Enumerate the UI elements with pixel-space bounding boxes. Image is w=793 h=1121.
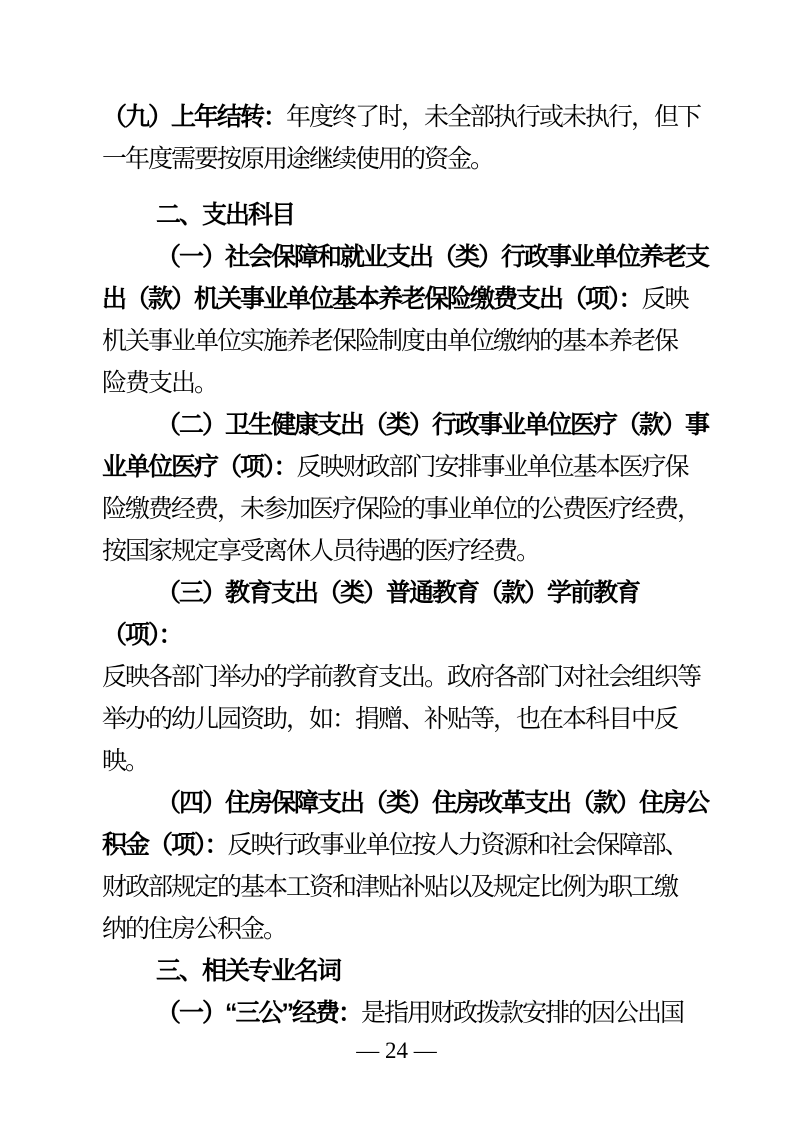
document-body: （九）上年结转：年度终了时，未全部执行或未执行，但下一年度需要按原用途继续使用的…	[102, 96, 723, 1034]
text-line: 财政部规定的基本工资和津贴补贴以及规定比例为职工缴	[102, 866, 723, 908]
text-segment-bold: （三）教育支出（类）普通教育（款）学前教育	[156, 579, 639, 607]
text-segment: 年度终了时，未全部执行或未执行，但下	[286, 103, 700, 131]
text-segment: 反映行政事业单位按人力资源和社会保障部、	[228, 831, 688, 859]
text-segment-bold: （二）卫生健康支出（类）行政事业单位医疗（款）事	[156, 411, 708, 439]
text-segment-bold: 积金（项）：	[102, 831, 228, 859]
text-segment: 反映各部门举办的学前教育支出。政府各部门对社会组织等	[102, 663, 700, 691]
text-line: 映。	[102, 740, 723, 782]
text-line: 三、相关专业名词	[102, 950, 723, 992]
text-line: 反映各部门举办的学前教育支出。政府各部门对社会组织等	[102, 656, 723, 698]
text-line: （四）住房保障支出（类）住房改革支出（款）住房公	[102, 782, 723, 824]
text-segment-bold: 业单位医疗（项）：	[102, 453, 297, 481]
text-segment-bold: （一）“三公”经费：	[156, 999, 361, 1027]
text-segment-bold: 出（款）机关事业单位基本养老保险缴费支出（项）：	[102, 285, 642, 313]
text-line: 按国家规定享受离休人员待遇的医疗经费。	[102, 530, 723, 572]
text-segment: 映。	[102, 747, 148, 775]
text-segment: 险缴费经费，未参加医疗保险的事业单位的公费医疗经费，	[102, 495, 700, 523]
text-line: 纳的住房公积金。	[102, 908, 723, 950]
text-segment-bold: （项）：	[102, 621, 182, 649]
text-segment-bold: （四）住房保障支出（类）住房改革支出（款）住房公	[156, 789, 708, 817]
text-line: 机关事业单位实施养老保险制度由单位缴纳的基本养老保	[102, 320, 723, 362]
text-line: 业单位医疗（项）：反映财政部门安排事业单位基本医疗保	[102, 446, 723, 488]
text-line: （项）：	[102, 614, 723, 656]
text-line: 举办的幼儿园资助，如：捐赠、补贴等，也在本科目中反	[102, 698, 723, 740]
page-number: — 24 —	[0, 1038, 793, 1064]
text-segment: 反映	[642, 285, 688, 313]
text-segment-bold: 二、支出科目	[156, 201, 294, 229]
text-line: 二、支出科目	[102, 194, 723, 236]
text-segment: 一年度需要按原用途继续使用的资金。	[102, 145, 493, 173]
text-segment: 举办的幼儿园资助，如：捐赠、补贴等，也在本科目中反	[102, 705, 677, 733]
text-segment: 是指用财政拨款安排的因公出国	[361, 999, 683, 1027]
text-segment-bold: （九）上年结转：	[102, 103, 286, 131]
text-line: （一）社会保障和就业支出（类）行政事业单位养老支	[102, 236, 723, 278]
text-line: 积金（项）：反映行政事业单位按人力资源和社会保障部、	[102, 824, 723, 866]
document-page: （九）上年结转：年度终了时，未全部执行或未执行，但下一年度需要按原用途继续使用的…	[0, 0, 793, 1121]
text-line: （九）上年结转：年度终了时，未全部执行或未执行，但下	[102, 96, 723, 138]
text-segment: 财政部规定的基本工资和津贴补贴以及规定比例为职工缴	[102, 873, 677, 901]
text-line: 险费支出。	[102, 362, 723, 404]
text-line: 一年度需要按原用途继续使用的资金。	[102, 138, 723, 180]
text-line: （一）“三公”经费：是指用财政拨款安排的因公出国	[102, 992, 723, 1034]
text-segment: 纳的住房公积金。	[102, 915, 286, 943]
text-line: 出（款）机关事业单位基本养老保险缴费支出（项）：反映	[102, 278, 723, 320]
text-segment-bold: 三、相关专业名词	[156, 957, 340, 985]
text-segment-bold: （一）社会保障和就业支出（类）行政事业单位养老支	[156, 243, 708, 271]
text-segment: 反映财政部门安排事业单位基本医疗保	[297, 453, 688, 481]
text-segment: 险费支出。	[102, 369, 217, 397]
text-line: 险缴费经费，未参加医疗保险的事业单位的公费医疗经费，	[102, 488, 723, 530]
text-line: （三）教育支出（类）普通教育（款）学前教育	[102, 572, 723, 614]
text-segment: 按国家规定享受离休人员待遇的医疗经费。	[102, 537, 539, 565]
text-segment: 机关事业单位实施养老保险制度由单位缴纳的基本养老保	[102, 327, 677, 355]
text-line: （二）卫生健康支出（类）行政事业单位医疗（款）事	[102, 404, 723, 446]
